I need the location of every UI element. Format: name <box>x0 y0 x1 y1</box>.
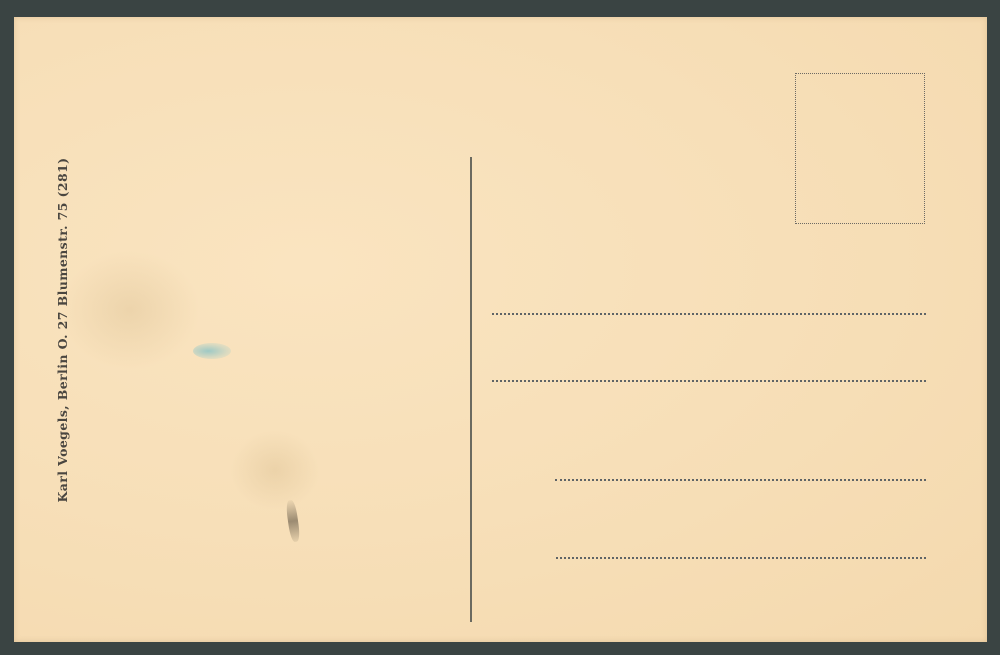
publisher-imprint-text: Karl Voegels, Berlin O. 27 Blumenstr. 75… <box>55 125 70 535</box>
aging-stain <box>60 250 200 370</box>
stamp-box <box>795 73 925 224</box>
center-divider-line <box>470 157 472 622</box>
blue-stain <box>193 343 231 359</box>
address-line-1 <box>492 313 926 315</box>
aging-stain <box>230 430 320 510</box>
address-line-4 <box>556 557 926 559</box>
address-line-2 <box>492 380 926 382</box>
address-line-3 <box>555 479 926 481</box>
